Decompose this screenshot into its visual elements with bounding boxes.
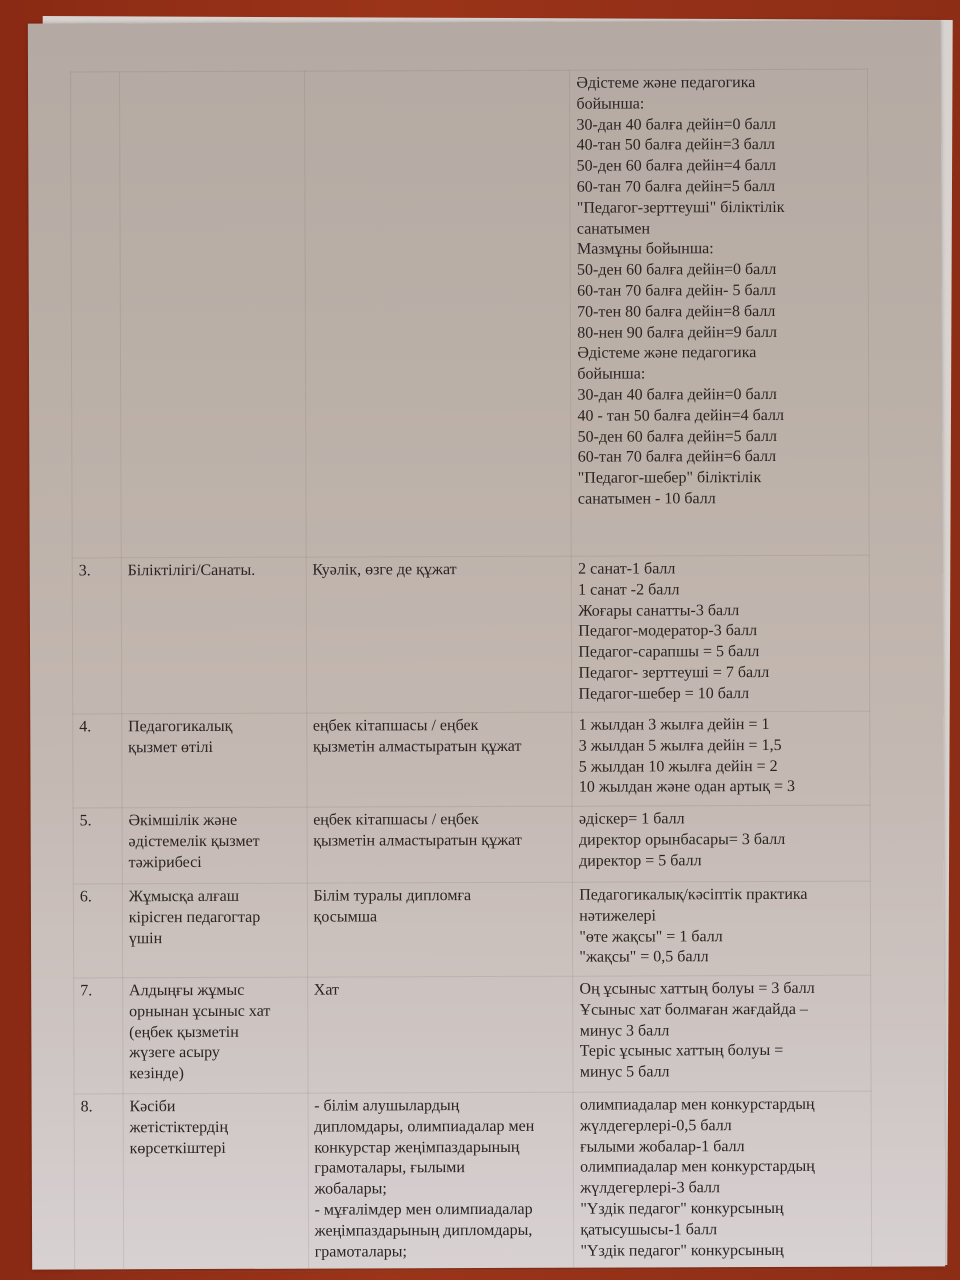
document-cell-line: конкурстар жеңімпаздарының bbox=[314, 1137, 567, 1159]
document-cell-line: қызметін алмастыратын құжат bbox=[313, 737, 566, 759]
document-cell-line: грамоталары, ғылыми bbox=[314, 1158, 567, 1180]
score-cell-line: 80-нен 90 балға дейін=9 балл bbox=[577, 322, 862, 344]
row-number: 3. bbox=[72, 558, 121, 714]
score-cell-line: Педагог- зерттеуші = 7 балл bbox=[578, 663, 863, 685]
table-row: 5.Әкімшілік жәнеәдістемелік қызметтәжіри… bbox=[73, 805, 870, 884]
row-number: 4. bbox=[73, 714, 122, 808]
criterion-cell-line: Кәсіби bbox=[129, 1097, 301, 1118]
document-cell bbox=[304, 70, 571, 557]
score-cell-line: директор = 5 балл bbox=[579, 850, 864, 872]
score-cell-line: 50-ден 60 балға дейін=5 балл bbox=[578, 426, 863, 448]
criterion-cell: Біліктілігі/Санаты. bbox=[121, 557, 306, 714]
score-cell-line: "Педагог-зерттеуші" біліктілік bbox=[577, 197, 862, 219]
score-cell-line: 50-ден 60 балға дейін=4 балл bbox=[577, 156, 862, 178]
document-cell-line: - білім алушылардың bbox=[314, 1096, 567, 1118]
score-cell: олимпиадалар мен конкурстардыңжүлдегерле… bbox=[573, 1091, 871, 1270]
criterion-cell-line: жүзеге асыру bbox=[129, 1043, 301, 1064]
score-cell-line: 60-тан 70 балға дейін- 5 балл bbox=[577, 281, 862, 303]
row-number-line: 3. bbox=[79, 561, 115, 582]
table-row: 7.Алдыңғы жұмысорнынан ұсыныс хат(еңбек … bbox=[74, 975, 871, 1094]
row-number-line: 4. bbox=[79, 717, 115, 738]
row-number-line: 8. bbox=[81, 1097, 117, 1118]
score-cell: әдіскер= 1 баллдиректор орынбасары= 3 ба… bbox=[572, 805, 870, 882]
criterion-cell: Жұмысқа алғашкірісген педагогтарүшін bbox=[122, 883, 307, 978]
score-cell-line: "Үздік педагог" конкурсының bbox=[580, 1240, 865, 1262]
score-cell: 2 санат-1 балл1 санат -2 баллЖоғары сана… bbox=[572, 555, 870, 712]
criterion-cell-line: орнынан ұсыныс хат bbox=[129, 1001, 301, 1022]
score-cell-line: 60-тан 70 балға дейін=6 балл bbox=[578, 447, 863, 469]
row-number: 5. bbox=[73, 808, 122, 884]
score-cell-line: "жақсы" = 0,5 балл bbox=[579, 947, 864, 969]
criterion-cell bbox=[119, 71, 305, 558]
score-cell-line: директор орынбасары= 3 балл bbox=[579, 829, 864, 851]
document-cell: Білім туралы дипломғақосымша bbox=[307, 882, 573, 977]
score-cell: Оң ұсыныс хаттың болуы = 3 баллҰсыныс ха… bbox=[573, 975, 871, 1092]
table-row: 3.Біліктілігі/Санаты.Куәлік, өзге де құж… bbox=[72, 555, 870, 714]
score-cell-line: 1 санат -2 балл bbox=[578, 579, 863, 601]
table-row: 6.Жұмысқа алғашкірісген педагогтарүшінБі… bbox=[73, 881, 870, 978]
document-cell-line: қосымша bbox=[313, 907, 566, 929]
score-cell: Педагогикалық/кәсіптік практиканәтижелер… bbox=[573, 881, 871, 976]
score-cell-line: "өте жақсы" = 1 балл bbox=[579, 926, 864, 948]
criterion-cell-line: Біліктілігі/Санаты. bbox=[128, 561, 300, 582]
score-cell-line: 70-тен 80 балға дейін=8 балл bbox=[577, 301, 862, 323]
score-cell-line: Жоғары санатты-3 балл bbox=[578, 600, 863, 622]
criterion-cell-line: кірісген педагогтар bbox=[129, 907, 301, 928]
table-row: 8.Кәсібижетістіктердіңкөрсеткіштері- біл… bbox=[74, 1091, 872, 1272]
document-cell-line: Білім туралы дипломға bbox=[313, 886, 566, 908]
document-cell: - білім алушылардыңдипломдары, олимпиада… bbox=[308, 1092, 574, 1271]
score-cell-line: минус 3 балл bbox=[580, 1020, 865, 1042]
document-cell-line: - мұғалімдер мен олимпиадалар bbox=[315, 1200, 568, 1222]
document-cell-line: Хат bbox=[314, 980, 567, 1002]
score-cell-line: Теріс ұсыныс хаттың болуы = bbox=[580, 1041, 865, 1063]
scoring-table: Әдістеме және педагогикабойынша:30-дан 4… bbox=[70, 69, 872, 1273]
criterion-cell: Алдыңғы жұмысорнынан ұсыныс хат(еңбек қы… bbox=[122, 977, 307, 1094]
score-cell-line: олимпиадалар мен конкурстардың bbox=[580, 1157, 865, 1179]
score-cell-line: ғылыми жобалар-1 балл bbox=[580, 1136, 865, 1158]
score-cell-line: 5 жылдан 10 жылға дейін = 2 bbox=[579, 756, 864, 778]
criterion-cell: Әкімшілік жәнеәдістемелік қызметтәжірибе… bbox=[122, 807, 307, 884]
document-cell-line: еңбек кітапшасы / еңбек bbox=[313, 716, 566, 738]
score-cell-line: Педагог-сарапшы = 5 балл bbox=[578, 642, 863, 664]
score-cell-line: 3 жылдан 5 жылға дейін = 1,5 bbox=[579, 735, 864, 757]
score-cell-line: олимпиадалар мен конкурстардың bbox=[580, 1095, 865, 1117]
score-cell-line: жүлдегерлері-3 балл bbox=[580, 1178, 865, 1200]
score-cell-line: Мазмұны бойынша: bbox=[577, 239, 862, 261]
document-cell-line: грамоталары; bbox=[315, 1241, 568, 1263]
score-cell: 1 жылдан 3 жылға дейін = 13 жылдан 5 жыл… bbox=[572, 711, 870, 806]
document-cell-line: жобалары; bbox=[314, 1179, 567, 1201]
score-cell-line: жүлдегерлері-0,5 балл bbox=[580, 1115, 865, 1137]
criterion-cell-line: жетістіктердің bbox=[129, 1117, 301, 1138]
score-cell-line: Ұсыныс хат болмаған жағдайда – bbox=[580, 999, 865, 1021]
document-cell-line: Куәлік, өзге де құжат bbox=[312, 560, 565, 582]
score-cell-line: нәтижелері bbox=[579, 905, 864, 927]
score-cell-line: Педагог-шебер = 10 балл bbox=[578, 683, 863, 705]
row-number-line: 6. bbox=[80, 887, 116, 908]
row-number-line: 7. bbox=[80, 981, 116, 1002]
criterion-cell-line: қызмет өтілі bbox=[128, 737, 300, 758]
score-cell-line: қатысушысы-1 балл bbox=[580, 1219, 865, 1241]
score-cell-line: Оң ұсыныс хаттың болуы = 3 балл bbox=[579, 979, 864, 1001]
score-cell-line: "Үздік педагог" конкурсының bbox=[580, 1199, 865, 1221]
score-cell-line: Педагог-модератор-3 балл bbox=[578, 621, 863, 643]
table-row: Әдістеме және педагогикабойынша:30-дан 4… bbox=[70, 69, 869, 558]
document-cell: еңбек кітапшасы / еңбекқызметін алмастыр… bbox=[306, 712, 572, 807]
score-cell-line: 30-дан 40 балға дейін=0 балл bbox=[576, 114, 861, 136]
document-cell: еңбек кітапшасы / еңбекқызметін алмастыр… bbox=[307, 806, 573, 883]
criterion-cell-line: тәжірибесі bbox=[129, 852, 301, 873]
document-cell-line: қызметін алмастыратын құжат bbox=[313, 831, 566, 853]
criterion-cell-line: Жұмысқа алғаш bbox=[129, 887, 301, 908]
score-cell-line: санатымен - 10 балл bbox=[578, 489, 863, 511]
row-number-line: 5. bbox=[80, 811, 116, 832]
score-cell-line: 1 жылдан 3 жылға дейін = 1 bbox=[579, 715, 864, 737]
table-row: 4.Педагогикалыққызмет өтіліеңбек кітапша… bbox=[73, 711, 870, 808]
score-cell-line: 40 - тан 50 балға дейін=4 балл bbox=[577, 405, 862, 427]
row-number: 8. bbox=[74, 1094, 123, 1272]
document-cell-line: дипломдары, олимпиадалар мен bbox=[314, 1117, 567, 1139]
criterion-cell-line: (еңбек қызметін bbox=[129, 1022, 301, 1043]
score-cell-line: Әдістеме және педагогика bbox=[577, 343, 862, 365]
score-cell-line: 60-тан 70 балға дейін=5 балл bbox=[577, 177, 862, 199]
criterion-cell: Педагогикалыққызмет өтілі bbox=[122, 713, 307, 808]
criterion-cell-line: көрсеткіштері bbox=[130, 1138, 302, 1159]
score-cell-line: 50-ден 60 балға дейін=0 балл bbox=[577, 260, 862, 282]
criterion-cell-line: Педагогикалық bbox=[128, 717, 300, 738]
document-cell-line: жеңімпаздарының дипломдары, bbox=[315, 1221, 568, 1243]
score-cell-line: әдіскер= 1 балл bbox=[579, 809, 864, 831]
criterion-cell-line: Әкімшілік және bbox=[128, 811, 300, 832]
score-cell-line: санатымен bbox=[577, 218, 862, 240]
score-cell-line: бойынша: bbox=[576, 93, 861, 115]
score-cell-line: "Педагог-шебер" біліктілік bbox=[578, 468, 863, 490]
score-cell-line: минус 5 балл bbox=[580, 1062, 865, 1084]
row-number: 6. bbox=[73, 884, 122, 978]
row-number: 7. bbox=[74, 978, 123, 1094]
score-cell-line: Педагогикалық/кәсіптік практика bbox=[579, 885, 864, 907]
document-cell: Куәлік, өзге де құжат bbox=[306, 556, 572, 713]
document-cell: Хат bbox=[307, 976, 573, 1093]
score-cell-line: Әдістеме және педагогика bbox=[576, 73, 861, 95]
score-cell-line: 40-тан 50 балға дейін=3 балл bbox=[577, 135, 862, 157]
criterion-cell-line: Алдыңғы жұмыс bbox=[129, 981, 301, 1002]
criterion-cell-line: үшін bbox=[129, 928, 301, 949]
row-number bbox=[70, 72, 121, 558]
document-cell-line: еңбек кітапшасы / еңбек bbox=[313, 810, 566, 832]
score-cell-line: 2 санат-1 балл bbox=[578, 559, 863, 581]
criterion-cell: Кәсібижетістіктердіңкөрсеткіштері bbox=[123, 1093, 308, 1272]
score-cell: Әдістеме және педагогикабойынша:30-дан 4… bbox=[570, 69, 869, 556]
criterion-cell-line: кезінде) bbox=[129, 1064, 301, 1085]
score-cell-line: бойынша: bbox=[577, 364, 862, 386]
criterion-cell-line: әдістемелік қызмет bbox=[128, 831, 300, 852]
score-cell-line: 30-дан 40 балға дейін=0 балл bbox=[577, 385, 862, 407]
document-page: Әдістеме және педагогикабойынша:30-дан 4… bbox=[28, 20, 945, 1269]
score-cell-line: 10 жылдан және одан артық = 3 bbox=[579, 777, 864, 799]
